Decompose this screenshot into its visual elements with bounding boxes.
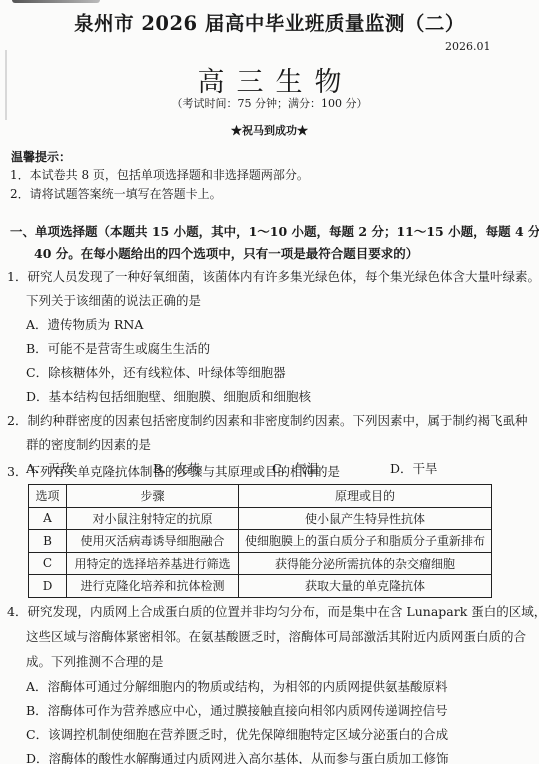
exam-date: 2026.01 — [445, 40, 491, 53]
cell-step: 使用灭活病毒诱导细胞融合 — [67, 530, 239, 553]
cell-purpose: 使细胞膜上的蛋白质分子和脂质分子重新排布 — [239, 530, 492, 553]
option-b: B．可能不是营寄生或腐生生活的 — [26, 339, 210, 357]
option-c: C．该调控机制使细胞在营养匮乏时，优先保障细胞特定区域分泌蛋白的合成 — [26, 725, 448, 743]
steps-table: 选项 步骤 原理或目的 A 对小鼠注射特定的抗原 使小鼠产生特异性抗体 B 使用… — [28, 484, 492, 598]
question-stem: 2．制约种群密度的因素包括密度制约因素和非密度制约因素。下列因素中，属于制约褐飞… — [7, 411, 527, 429]
cell-purpose: 获得能分泌所需抗体的杂交瘤细胞 — [239, 552, 492, 575]
col-header-step: 步骤 — [67, 485, 239, 508]
section-heading-cont: 40 分。在每小题给出的四个选项中，只有一项是最符合题目要求的） — [34, 244, 418, 262]
option-d: D．溶酶体的酸性水解酶通过内质网进入高尔基体，从而参与蛋白质加工修饰 — [26, 749, 449, 764]
question-stem-cont: 下列关于该细菌的说法正确的是 — [26, 291, 201, 309]
question-stem: 1．研究人员发现了一种好氧细菌，该菌体内有许多集光绿色体，每个集光绿色体含大量叶… — [7, 267, 539, 285]
question-stem: 4．研究发现，内质网上合成蛋白质的位置并非均匀分布，而是集中在含 Lunapar… — [7, 602, 539, 620]
option-d: D．基本结构包括细胞壁、细胞膜、细胞质和细胞核 — [26, 387, 311, 405]
cell-purpose: 获取大量的单克隆抗体 — [239, 575, 492, 598]
cell-option: B — [29, 530, 67, 553]
question-stem-cont: 这些区域与溶酶体紧密相邻。在氨基酸匮乏时，溶酶体可局部激活其附近内质网蛋白质的合 — [26, 627, 526, 645]
col-header-purpose: 原理或目的 — [239, 485, 492, 508]
cell-option: D — [29, 575, 67, 598]
option-b: B．溶酶体可作为营养感应中心，通过膜接触直接向相邻内质网传递调控信号 — [26, 701, 448, 719]
table-row: C 用特定的选择培养基进行筛选 获得能分泌所需抗体的杂交瘤细胞 — [29, 552, 492, 575]
cell-step: 对小鼠注射特定的抗原 — [67, 507, 239, 530]
subject-title: 高三生物 — [0, 60, 539, 99]
cell-step: 进行克隆化培养和抗体检测 — [67, 575, 239, 598]
question-stem-cont: 群的密度制约因素的是 — [26, 435, 151, 453]
question-stem: 3．下列有关单克隆抗体制备的步骤与其原理或目的相符的是 — [7, 462, 340, 480]
option-a: A．遗传物质为 RNA — [26, 315, 143, 333]
section-heading: 一、单项选择题（本题共 15 小题，其中，1～10 小题，每题 2 分；11～1… — [10, 222, 539, 240]
tips-title: 温馨提示： — [11, 148, 71, 165]
cell-option: A — [29, 507, 67, 530]
cell-option: C — [29, 552, 67, 575]
tip-item: 2．请将试题答案统一填写在答题卡上。 — [10, 185, 222, 202]
col-header-option: 选项 — [29, 485, 67, 508]
table-row: B 使用灭活病毒诱导细胞融合 使细胞膜上的蛋白质分子和脂质分子重新排布 — [29, 530, 492, 553]
exam-title: 泉州市 2026 届高中毕业班质量监测（二） — [0, 8, 539, 36]
table-header-row: 选项 步骤 原理或目的 — [29, 485, 492, 508]
tip-item: 1．本试卷共 8 页，包括单项选择题和非选择题两部分。 — [10, 166, 309, 183]
wish-text: ★祝马到成功★ — [0, 122, 539, 138]
scan-edge-shadow — [12, 0, 100, 3]
option-a: A．溶酶体可通过分解细胞内的物质或结构，为相邻的内质网提供氨基酸原料 — [26, 677, 448, 695]
table-row: A 对小鼠注射特定的抗原 使小鼠产生特异性抗体 — [29, 507, 492, 530]
question-stem-cont: 成。下列推测不合理的是 — [26, 652, 164, 670]
option-d: D．干旱 — [390, 459, 438, 477]
cell-purpose: 使小鼠产生特异性抗体 — [239, 507, 492, 530]
option-c: C．除核糖体外，还有线粒体、叶绿体等细胞器 — [26, 363, 286, 381]
table-row: D 进行克隆化培养和抗体检测 获取大量的单克隆抗体 — [29, 575, 492, 598]
cell-step: 用特定的选择培养基进行筛选 — [67, 552, 239, 575]
exam-info: （考试时间：75 分钟；满分：100 分） — [0, 95, 539, 111]
